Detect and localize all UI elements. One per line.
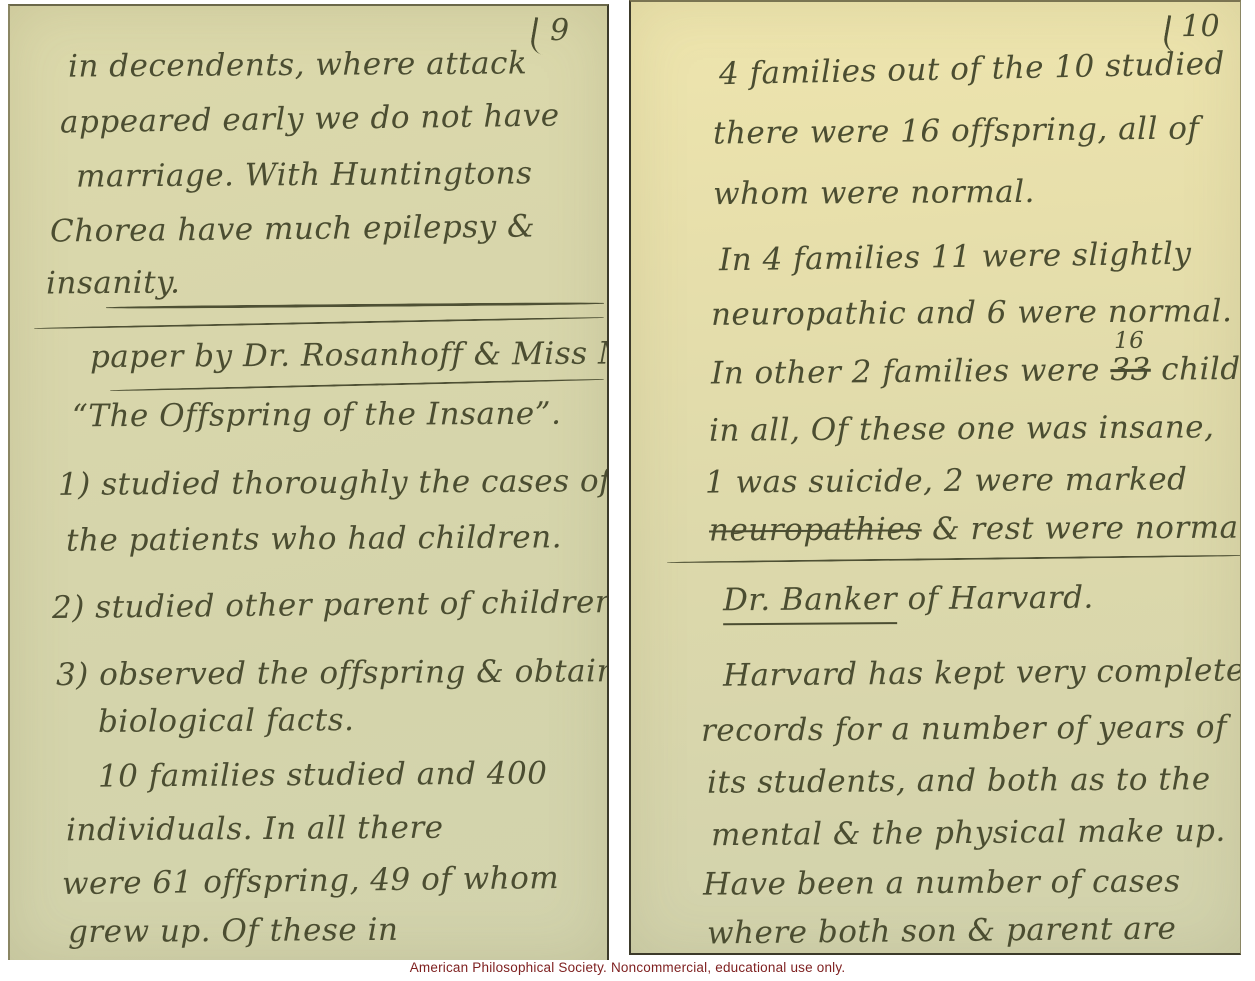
correction: 3316 bbox=[1110, 353, 1151, 387]
handwritten-line: where both son & parent are bbox=[707, 912, 1177, 951]
handwritten-line: grew up. Of these in bbox=[68, 913, 399, 949]
handwritten-line: 4 families out of the 10 studied bbox=[719, 47, 1226, 92]
handwritten-line: biological facts. bbox=[98, 703, 355, 739]
handwritten-line: In 4 families 11 were slightly bbox=[719, 237, 1192, 278]
handwritten-line: 2) studied other parent of children bbox=[52, 585, 609, 625]
corrected-value: 16 bbox=[1114, 329, 1145, 355]
handwritten-line: 10 families studied and 400 bbox=[98, 756, 548, 793]
page-number-bracket bbox=[529, 17, 550, 55]
manuscript-page-10: 10 4 families out of the 10 studied ther… bbox=[629, 0, 1241, 955]
heading-underline bbox=[110, 378, 604, 391]
handwritten-line: records for a number of years of bbox=[701, 710, 1227, 748]
struck-word: neuropathies bbox=[709, 511, 922, 548]
handwritten-line: its students, and both as to the bbox=[707, 762, 1211, 800]
handwritten-line-with-correction: In other 2 families were 3316 children bbox=[711, 351, 1241, 390]
divider-line bbox=[106, 302, 604, 309]
handwritten-line: marriage. With Huntingtons bbox=[76, 156, 533, 193]
handwritten-line: insanity. bbox=[46, 266, 181, 301]
page-number: 10 bbox=[1181, 10, 1220, 43]
line-text: & rest were normal. bbox=[922, 510, 1241, 548]
handwritten-line: individuals. In all there bbox=[66, 811, 444, 848]
handwritten-line: in all, Of these one was insane, bbox=[709, 410, 1215, 448]
heading-underlined-part: Dr. Banker bbox=[723, 581, 897, 625]
handwritten-line: Harvard has kept very complete bbox=[723, 653, 1241, 693]
section-heading: Dr. Banker of Harvard. bbox=[723, 581, 1094, 618]
handwritten-line: neuropathic and 6 were normal. bbox=[711, 294, 1233, 332]
page-number: 9 bbox=[550, 14, 570, 47]
handwritten-line: were 61 offspring, 49 of whom bbox=[62, 861, 560, 901]
divider-line bbox=[667, 554, 1241, 563]
handwritten-line: 1 was suicide, 2 were marked bbox=[705, 462, 1188, 499]
manuscript-page-9: 9 in decendents, where attack appeared e… bbox=[8, 4, 609, 962]
crossed-out-value: 33 bbox=[1110, 352, 1151, 388]
handwritten-line: neuropathies & rest were normal. bbox=[709, 511, 1241, 548]
handwritten-line: mental & the physical make up. bbox=[711, 814, 1226, 853]
paper-title: “The Offspring of the Insane”. bbox=[72, 397, 562, 434]
section-heading: paper by Dr. Rosanhoff & Miss Martin bbox=[90, 336, 609, 374]
handwritten-line: in decendents, where attack bbox=[68, 46, 527, 83]
divider-line bbox=[34, 317, 604, 330]
handwritten-line: 3) observed the offspring & obtained bbox=[56, 654, 609, 692]
heading-rest: of Harvard. bbox=[897, 580, 1094, 617]
handwritten-line: appeared early we do not have bbox=[60, 99, 560, 140]
line-text: children bbox=[1151, 350, 1241, 387]
handwritten-line: whom were normal. bbox=[713, 175, 1035, 211]
handwritten-line: there were 16 offspring, all of bbox=[713, 111, 1200, 150]
handwritten-line: the patients who had children. bbox=[66, 520, 562, 558]
handwritten-line: 1) studied thoroughly the cases of bbox=[58, 464, 609, 502]
line-text: In other 2 families were bbox=[711, 352, 1111, 391]
handwritten-line: Have been a number of cases bbox=[703, 864, 1181, 901]
handwritten-line: Chorea have much epilepsy & bbox=[50, 209, 535, 248]
rights-caption: American Philosophical Society. Noncomme… bbox=[0, 960, 1255, 981]
